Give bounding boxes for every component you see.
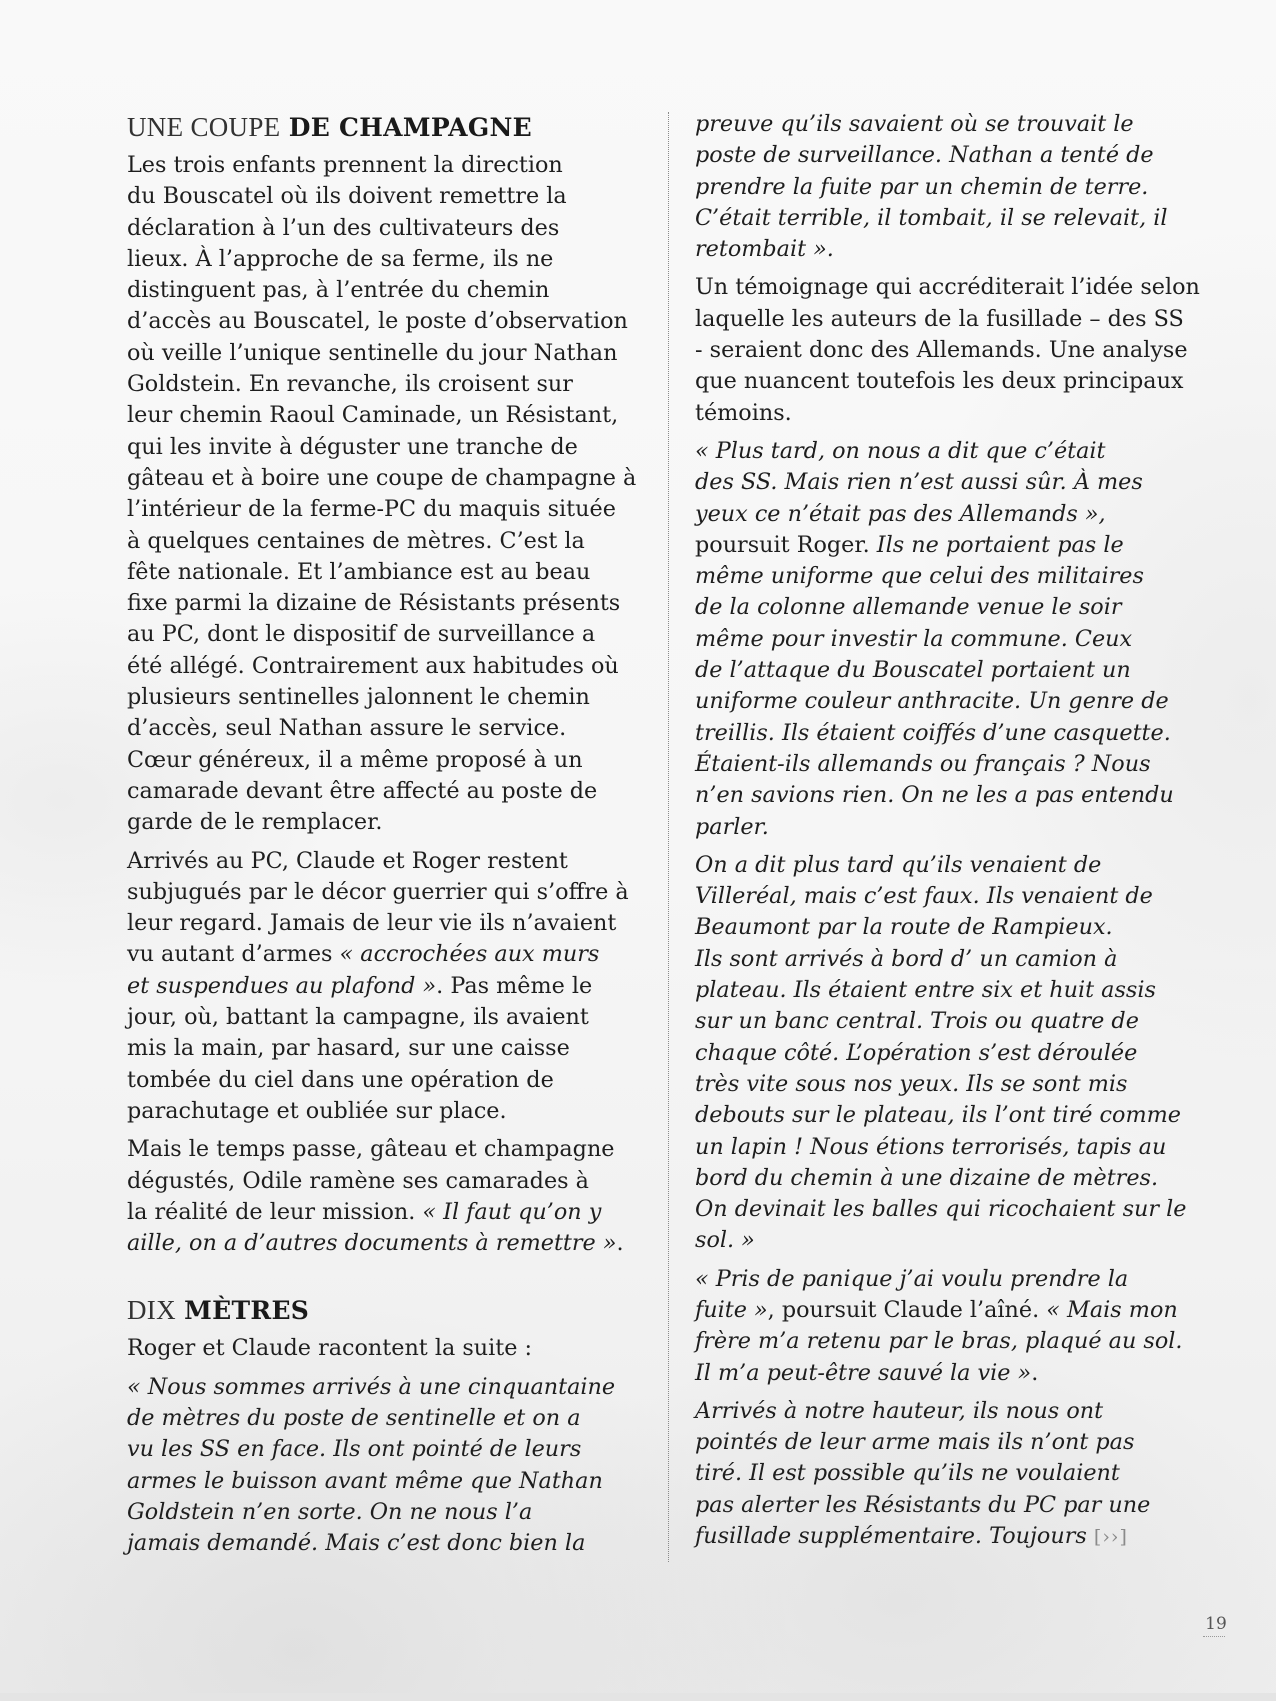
text-line: poursuit Roger. Ils ne portaient pas le bbox=[695, 530, 1195, 561]
text-line: fête nationale. Et l’ambiance est au bea… bbox=[127, 557, 627, 588]
text-line: jour, où, battant la campagne, ils avaie… bbox=[127, 1002, 627, 1033]
paragraph-testimony: « Nous sommes arrivés à une cinquantaine… bbox=[127, 1372, 627, 1560]
heading-light-part: UNE COUPE bbox=[127, 112, 280, 142]
quoted-text: « Il faut qu’on y bbox=[422, 1199, 601, 1225]
left-column: UNE COUPE DE CHAMPAGNE Les trois enfants… bbox=[127, 109, 627, 1566]
quoted-line: sol. » bbox=[695, 1225, 1195, 1256]
section-heading-dix-metres: DIX MÈTRES bbox=[127, 1292, 627, 1329]
quoted-line: parler. bbox=[695, 812, 1195, 843]
quoted-line: de l’attaque du Bouscatel portaient un bbox=[695, 655, 1195, 686]
quoted-line: poste de surveillance. Nathan a tenté de bbox=[695, 140, 1195, 171]
text-line: Cœur généreux, il a même proposé à un bbox=[127, 745, 627, 776]
quoted-line: frère m’a retenu par le bras, plaqué au … bbox=[695, 1326, 1195, 1357]
quoted-line: debouts sur le plateau, ils l’ont tiré c… bbox=[695, 1100, 1195, 1131]
quoted-text: Il m’a peut-être sauvé la vie » bbox=[695, 1360, 1031, 1386]
quoted-line: retombait ». bbox=[695, 234, 1195, 265]
heading-bold-part: MÈTRES bbox=[184, 1296, 309, 1325]
text-line: que nuancent toutefois les deux principa… bbox=[695, 366, 1195, 397]
paragraph-analysis: Un témoignage qui accréditerait l’idée s… bbox=[695, 272, 1195, 428]
text-line: Roger et Claude racontent la suite : bbox=[127, 1333, 627, 1364]
quoted-line: même uniforme que celui des militaires bbox=[695, 561, 1195, 592]
quoted-line: de mètres du poste de sentinelle et on a bbox=[127, 1403, 627, 1434]
section-heading-champagne: UNE COUPE DE CHAMPAGNE bbox=[127, 109, 627, 146]
text-line: Arrivés au PC, Claude et Roger restent bbox=[127, 846, 627, 877]
text-line: d’accès, seul Nathan assure le service. bbox=[127, 713, 627, 744]
text-line: Goldstein. En revanche, ils croisent sur bbox=[127, 369, 627, 400]
text-line: laquelle les auteurs de la fusillade – d… bbox=[695, 304, 1195, 335]
paragraph-weapons: Arrivés au PC, Claude et Roger restent s… bbox=[127, 846, 627, 1128]
quoted-text: « Mais mon bbox=[1046, 1297, 1177, 1323]
text-line: vu autant d’armes « accrochées aux murs bbox=[127, 939, 627, 970]
quoted-line: treillis. Ils étaient coiffés d’une casq… bbox=[695, 718, 1195, 749]
quoted-line: On a dit plus tard qu’ils venaient de bbox=[695, 850, 1195, 881]
right-column: preuve qu’ils savaient où se trouvait le… bbox=[695, 109, 1195, 1560]
text-line: subjugués par le décor guerrier qui s’of… bbox=[127, 877, 627, 908]
quoted-line: uniforme couleur anthracite. Un genre de bbox=[695, 686, 1195, 717]
paragraph-final-testimony: Arrivés à notre hauteur, ils nous ont po… bbox=[695, 1396, 1195, 1553]
text-line: mis la main, par hasard, sur une caisse bbox=[127, 1033, 627, 1064]
quoted-line: On devinait les balles qui ricochaient s… bbox=[695, 1194, 1195, 1225]
page-bottom-edge bbox=[0, 1693, 1276, 1701]
text-line: gâteau et à boire une coupe de champagne… bbox=[127, 463, 627, 494]
plain-text: . bbox=[1031, 1360, 1038, 1386]
text-line: été allégé. Contrairement aux habitudes … bbox=[127, 651, 627, 682]
quoted-line: Beaumont par la route de Rampieux. bbox=[695, 912, 1195, 943]
quoted-line: un lapin ! Nous étions terrorisés, tapis… bbox=[695, 1132, 1195, 1163]
text-line: garde de le remplacer. bbox=[127, 807, 627, 838]
text-line: l’intérieur de la ferme-PC du maquis sit… bbox=[127, 494, 627, 525]
quoted-text: fuite » bbox=[695, 1297, 768, 1323]
section-spacer bbox=[127, 1266, 627, 1292]
paragraph-claude-testimony: « Pris de panique j’ai voulu prendre la … bbox=[695, 1264, 1195, 1389]
text-line: la réalité de leur mission. « Il faut qu… bbox=[127, 1197, 627, 1228]
quoted-line: bord du chemin à une dizaine de mètres. bbox=[695, 1163, 1195, 1194]
quoted-line: Villeréal, mais c’est faux. Ils venaient… bbox=[695, 881, 1195, 912]
heading-light-part: DIX bbox=[127, 1295, 176, 1325]
quoted-line: de la colonne allemande venue le soir bbox=[695, 592, 1195, 623]
paragraph-truck-testimony: On a dit plus tard qu’ils venaient de Vi… bbox=[695, 850, 1195, 1257]
text-line: fixe parmi la dizaine de Résistants prés… bbox=[127, 588, 627, 619]
quoted-line: « Plus tard, on nous a dit que c’était bbox=[695, 436, 1195, 467]
quoted-text: « accrochées aux murs bbox=[340, 941, 600, 967]
text-line: déclaration à l’un des cultivateurs des bbox=[127, 213, 627, 244]
text-line: Mais le temps passe, gâteau et champagne bbox=[127, 1134, 627, 1165]
quoted-text: Ils ne portaient pas le bbox=[877, 532, 1124, 558]
heading-bold-part: DE CHAMPAGNE bbox=[289, 113, 532, 142]
quoted-line: très vite sous nos yeux. Ils se sont mis bbox=[695, 1069, 1195, 1100]
quoted-line: armes le buisson avant même que Nathan bbox=[127, 1466, 627, 1497]
quoted-line: Arrivés à notre hauteur, ils nous ont bbox=[695, 1396, 1195, 1427]
text-line: - seraient donc des Allemands. Une analy… bbox=[695, 335, 1195, 366]
quoted-line: Ils sont arrivés à bord d’ un camion à bbox=[695, 944, 1195, 975]
quoted-line: tiré. Il est possible qu’ils ne voulaien… bbox=[695, 1458, 1195, 1489]
text-line: qui les invite à déguster une tranche de bbox=[127, 432, 627, 463]
plain-text: . bbox=[616, 1230, 623, 1256]
quoted-line: « Nous sommes arrivés à une cinquantaine bbox=[127, 1372, 627, 1403]
quoted-line: Étaient-ils allemands ou français ? Nous bbox=[695, 749, 1195, 780]
text-line: lieux. À l’approche de sa ferme, ils ne bbox=[127, 244, 627, 275]
text-line: fuite », poursuit Claude l’aîné. « Mais … bbox=[695, 1295, 1195, 1326]
quoted-line: yeux ce n’était pas des Allemands », bbox=[695, 499, 1195, 530]
quoted-line: même pour investir la commune. Ceux bbox=[695, 624, 1195, 655]
text-line: plusieurs sentinelles jalonnent le chemi… bbox=[127, 682, 627, 713]
text-line: d’accès au Bouscatel, le poste d’observa… bbox=[127, 306, 627, 337]
quoted-line: jamais demandé. Mais c’est donc bien la bbox=[127, 1528, 627, 1559]
text-line: camarade devant être affecté au poste de bbox=[127, 776, 627, 807]
text-line: témoins. bbox=[695, 398, 1195, 429]
quoted-line: preuve qu’ils savaient où se trouvait le bbox=[695, 109, 1195, 140]
text-line: fusillade supplémentaire. Toujours [››] bbox=[695, 1521, 1195, 1553]
quoted-line: plateau. Ils étaient entre six et huit a… bbox=[695, 975, 1195, 1006]
text-line: à quelques centaines de mètres. C’est la bbox=[127, 526, 627, 557]
quoted-line: vu les SS en face. Ils ont pointé de leu… bbox=[127, 1434, 627, 1465]
continue-arrow-icon: [››] bbox=[1094, 1526, 1128, 1548]
text-line: distinguent pas, à l’entrée du chemin bbox=[127, 275, 627, 306]
plain-text: la réalité de leur mission. bbox=[127, 1199, 422, 1225]
column-divider bbox=[668, 112, 669, 1562]
quoted-line: C’était terrible, il tombait, il se rele… bbox=[695, 203, 1195, 234]
quoted-line: Goldstein n’en sorte. On ne nous l’a bbox=[127, 1497, 627, 1528]
paragraph-testimony-continued: preuve qu’ils savaient où se trouvait le… bbox=[695, 109, 1195, 265]
text-line: Les trois enfants prennent la direction bbox=[127, 150, 627, 181]
quoted-line: « Pris de panique j’ai voulu prendre la bbox=[695, 1264, 1195, 1295]
quoted-line: sur un banc central. Trois ou quatre de bbox=[695, 1006, 1195, 1037]
quoted-text: fusillade supplémentaire. Toujours bbox=[695, 1523, 1094, 1549]
text-line: leur chemin Raoul Caminade, un Résistant… bbox=[127, 400, 627, 431]
plain-text: . Pas même le bbox=[436, 973, 592, 999]
paragraph-arrival: Les trois enfants prennent la direction … bbox=[127, 150, 627, 839]
quoted-line: pointés de leur arme mais ils n’ont pas bbox=[695, 1427, 1195, 1458]
text-line: tombée du ciel dans une opération de bbox=[127, 1065, 627, 1096]
text-line: Un témoignage qui accréditerait l’idée s… bbox=[695, 272, 1195, 303]
page-number-underline bbox=[1203, 1636, 1225, 1637]
paragraph-mission: Mais le temps passe, gâteau et champagne… bbox=[127, 1134, 627, 1259]
text-line: du Bouscatel où ils doivent remettre la bbox=[127, 181, 627, 212]
plain-text: poursuit Roger. bbox=[695, 532, 877, 558]
paragraph-roger-testimony: « Plus tard, on nous a dit que c’était d… bbox=[695, 436, 1195, 843]
text-line: et suspendues au plafond ». Pas même le bbox=[127, 971, 627, 1002]
plain-text: vu autant d’armes bbox=[127, 941, 340, 967]
text-line: Il m’a peut-être sauvé la vie ». bbox=[695, 1358, 1195, 1389]
quoted-line: chaque côté. L’opération s’est déroulée bbox=[695, 1038, 1195, 1069]
quoted-line: prendre la fuite par un chemin de terre. bbox=[695, 172, 1195, 203]
text-line: leur regard. Jamais de leur vie ils n’av… bbox=[127, 908, 627, 939]
plain-text: , poursuit Claude l’aîné. bbox=[768, 1297, 1047, 1323]
quoted-line: pas alerter les Résistants du PC par une bbox=[695, 1490, 1195, 1521]
text-line: parachutage et oubliée sur place. bbox=[127, 1096, 627, 1127]
quoted-text: et suspendues au plafond » bbox=[127, 973, 436, 999]
page-number: 19 bbox=[1203, 1614, 1229, 1634]
paragraph-intro: Roger et Claude racontent la suite : bbox=[127, 1333, 627, 1364]
text-line: où veille l’unique sentinelle du jour Na… bbox=[127, 338, 627, 369]
quoted-text: aille, on a d’autres documents à remettr… bbox=[127, 1230, 616, 1256]
text-line: aille, on a d’autres documents à remettr… bbox=[127, 1228, 627, 1259]
text-line: dégustés, Odile ramène ses camarades à bbox=[127, 1166, 627, 1197]
text-line: au PC, dont le dispositif de surveillanc… bbox=[127, 619, 627, 650]
quoted-line: des SS. Mais rien n’est aussi sûr. À mes bbox=[695, 467, 1195, 498]
quoted-line: n’en savions rien. On ne les a pas enten… bbox=[695, 780, 1195, 811]
